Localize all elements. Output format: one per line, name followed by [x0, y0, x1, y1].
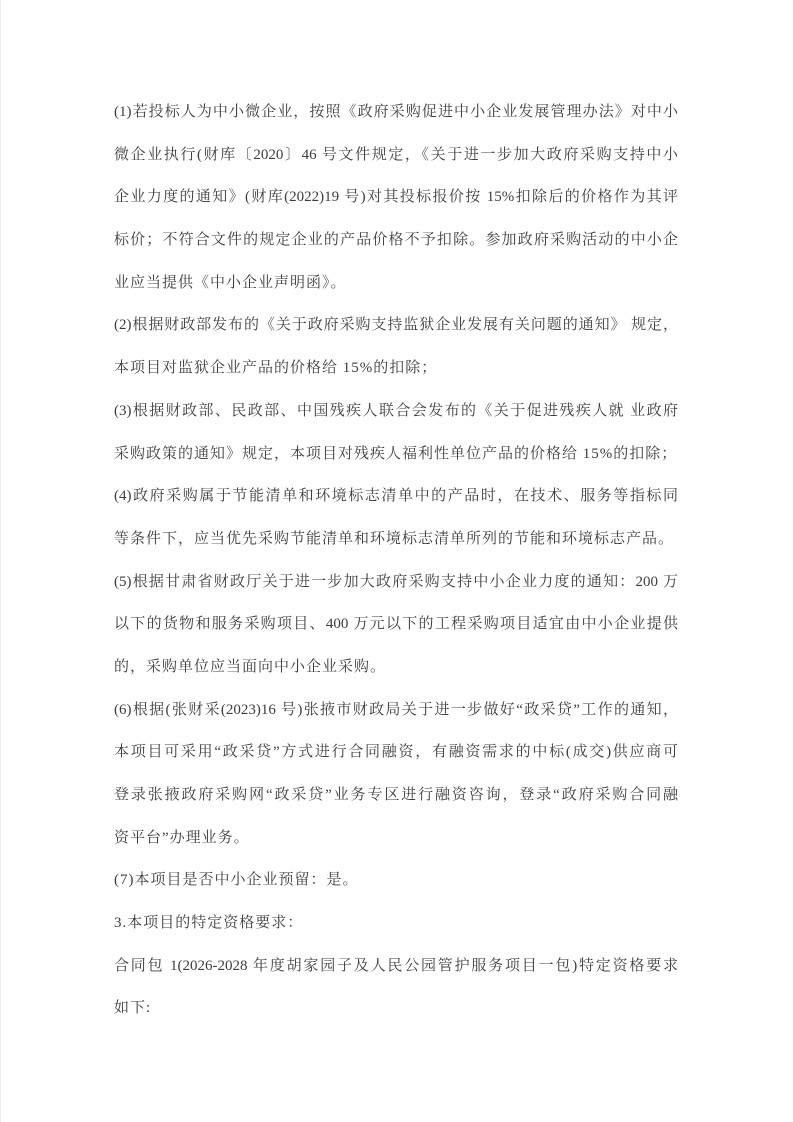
paragraph: 合同包 1(2026-2028 年度胡家园子及人民公园管护服务项目一包)特定资格…	[114, 945, 678, 1030]
text-line: (5)根据甘肃省财政厅关于进一步加大政府采购支持中小企业力度的通知：200 万	[114, 561, 678, 604]
document-page: (1)若投标人为中小微企业，按照《政府采购促进中小企业发展管理办法》对中小微企业…	[0, 0, 793, 1122]
paragraph: (3)根据财政部、民政部、中国残疾人联合会发布的《关于促进残疾人就 业政府采购政…	[114, 390, 678, 475]
text-line: 如下:	[114, 987, 678, 1030]
text-column: (1)若投标人为中小微企业，按照《政府采购促进中小企业发展管理办法》对中小微企业…	[114, 91, 678, 1030]
text-line: (6)根据(张财采(2023)16 号)张掖市财政局关于进一步做好“政采贷”工作…	[114, 689, 678, 732]
paragraph: (1)若投标人为中小微企业，按照《政府采购促进中小企业发展管理办法》对中小微企业…	[114, 91, 678, 304]
paragraph: (6)根据(张财采(2023)16 号)张掖市财政局关于进一步做好“政采贷”工作…	[114, 689, 678, 860]
text-line: 采购政策的通知》规定，本项目对残疾人福利性单位产品的价格给 15%的扣除；	[114, 433, 678, 476]
text-line: 本项目可采用“政采贷”方式进行合同融资，有融资需求的中标(成交)供应商可	[114, 731, 678, 774]
paragraph: 3.本项目的特定资格要求：	[114, 902, 678, 945]
paragraph: (5)根据甘肃省财政厅关于进一步加大政府采购支持中小企业力度的通知：200 万以…	[114, 561, 678, 689]
text-line: (3)根据财政部、民政部、中国残疾人联合会发布的《关于促进残疾人就 业政府	[114, 390, 678, 433]
text-line: 企业力度的通知》(财库(2022)19 号)对其投标报价按 15%扣除后的价格作…	[114, 176, 678, 219]
text-line: 资平台”办理业务。	[114, 817, 678, 860]
paragraph: (2)根据财政部发布的《关于政府采购支持监狱企业发展有关问题的通知》 规定，本项…	[114, 304, 678, 389]
text-line: 的，采购单位应当面向中小企业采购。	[114, 646, 678, 689]
text-line: 3.本项目的特定资格要求：	[114, 902, 678, 945]
text-line: 本项目对监狱企业产品的价格给 15%的扣除；	[114, 347, 678, 390]
paragraph: (4)政府采购属于节能清单和环境标志清单中的产品时，在技术、服务等指标同等条件下…	[114, 475, 678, 560]
text-line: (1)若投标人为中小微企业，按照《政府采购促进中小企业发展管理办法》对中小	[114, 91, 678, 134]
text-line: (2)根据财政部发布的《关于政府采购支持监狱企业发展有关问题的通知》 规定，	[114, 304, 678, 347]
paragraph: (7)本项目是否中小企业预留：是。	[114, 859, 678, 902]
text-line: (4)政府采购属于节能清单和环境标志清单中的产品时，在技术、服务等指标同	[114, 475, 678, 518]
text-line: 登录张掖政府采购网“政采贷”业务专区进行融资咨询，登录“政府采购合同融	[114, 774, 678, 817]
text-line: 以下的货物和服务采购项目、400 万元以下的工程采购项目适宜由中小企业提供	[114, 603, 678, 646]
text-line: 合同包 1(2026-2028 年度胡家园子及人民公园管护服务项目一包)特定资格…	[114, 945, 678, 988]
text-line: 业应当提供《中小企业声明函》。	[114, 262, 678, 305]
text-line: (7)本项目是否中小企业预留：是。	[114, 859, 678, 902]
text-line: 标价；不符合文件的规定企业的产品价格不予扣除。参加政府采购活动的中小企	[114, 219, 678, 262]
text-line: 等条件下，应当优先采购节能清单和环境标志清单所列的节能和环境标志产品。	[114, 518, 678, 561]
text-line: 微企业执行(财库〔2020〕46 号文件规定，《关于进一步加大政府采购支持中小	[114, 134, 678, 177]
